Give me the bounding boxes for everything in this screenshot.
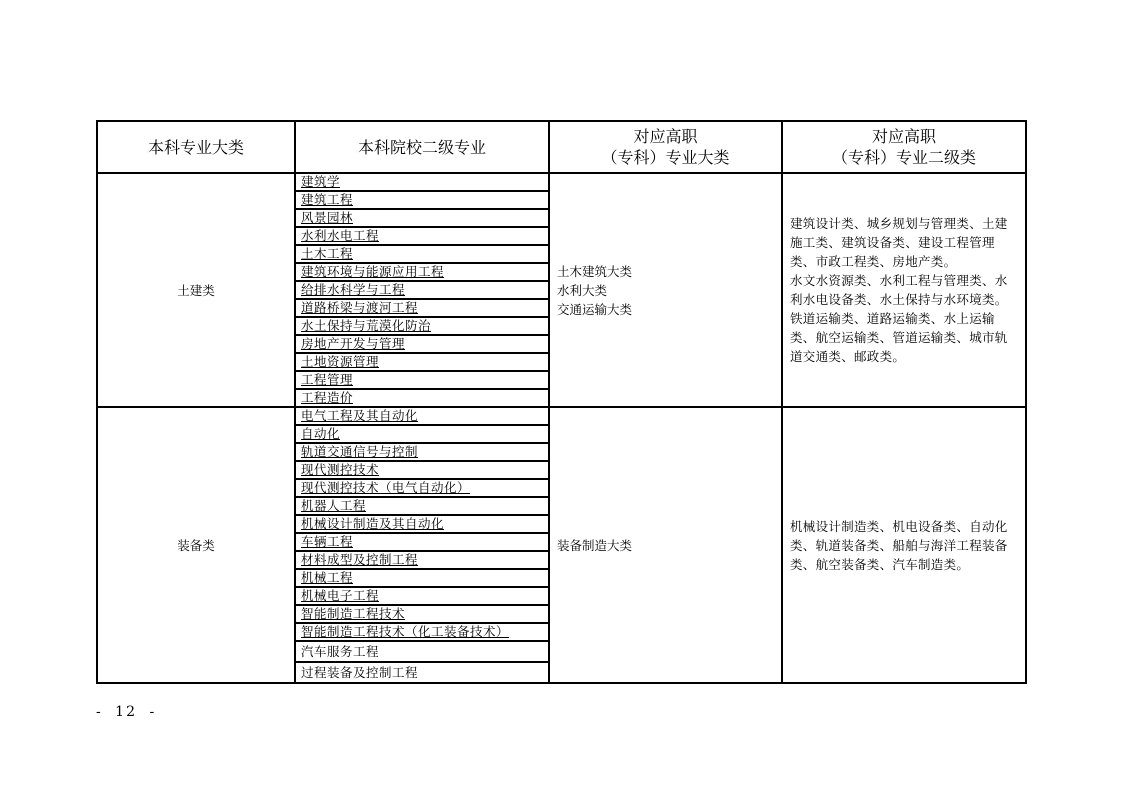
- table-row-civil: 土建类 建筑学 建筑工程 风景园林 水利水电工程 土木工程 建筑环境与能源应用工…: [97, 173, 1026, 407]
- list-item: 汽车服务工程: [296, 642, 548, 663]
- header-vocational-major: 对应高职 （专科）专业大类: [549, 121, 782, 173]
- list-item: 现代测控技术（电气自动化）: [296, 480, 548, 498]
- list-item: 水土保持与荒漠化防治: [296, 318, 548, 336]
- table-row-equipment: 装备类 电气工程及其自动化 自动化 轨道交通信号与控制 现代测控技术 现代测控技…: [97, 407, 1026, 683]
- subject-list-cell: 建筑学 建筑工程 风景园林 水利水电工程 土木工程 建筑环境与能源应用工程 给排…: [295, 173, 549, 407]
- list-item: 电气工程及其自动化: [296, 408, 548, 426]
- subject-list: 电气工程及其自动化 自动化 轨道交通信号与控制 现代测控技术 现代测控技术（电气…: [296, 408, 548, 682]
- subject-list-cell: 电气工程及其自动化 自动化 轨道交通信号与控制 现代测控技术 现代测控技术（电气…: [295, 407, 549, 683]
- category-cell: 土建类: [97, 173, 295, 407]
- list-item: 智能制造工程技术（化工装备技术）: [296, 624, 548, 642]
- list-item: 现代测控技术: [296, 462, 548, 480]
- vocational-major-cell: 土木建筑大类 水利大类 交通运输大类: [549, 173, 782, 407]
- header-undergrad-category: 本科专业大类: [97, 121, 295, 173]
- header-vocational-subcategory: 对应高职 （专科）专业二级类: [782, 121, 1026, 173]
- header-undergrad-subject: 本科院校二级专业: [295, 121, 549, 173]
- list-item: 建筑环境与能源应用工程: [296, 264, 548, 282]
- list-item: 房地产开发与管理: [296, 336, 548, 354]
- list-item: 自动化: [296, 426, 548, 444]
- vocational-major-cell: 装备制造大类: [549, 407, 782, 683]
- list-item: 土木工程: [296, 246, 548, 264]
- list-item: 水利水电工程: [296, 228, 548, 246]
- list-item: 建筑学: [296, 174, 548, 192]
- vocational-subcategory-cell: 建筑设计类、城乡规划与管理类、土建施工类、建筑设备类、建设工程管理类、市政工程类…: [782, 173, 1026, 407]
- list-item: 机械工程: [296, 570, 548, 588]
- page-number: - 12 -: [96, 704, 156, 720]
- list-item: 智能制造工程技术: [296, 606, 548, 624]
- list-item: 车辆工程: [296, 534, 548, 552]
- category-cell: 装备类: [97, 407, 295, 683]
- list-item: 工程造价: [296, 390, 548, 406]
- list-item: 道路桥梁与渡河工程: [296, 300, 548, 318]
- vocational-subcategory-cell: 机械设计制造类、机电设备类、自动化类、轨道装备类、船舶与海洋工程装备类、航空装备…: [782, 407, 1026, 683]
- list-item: 机械电子工程: [296, 588, 548, 606]
- list-item: 轨道交通信号与控制: [296, 444, 548, 462]
- subject-list: 建筑学 建筑工程 风景园林 水利水电工程 土木工程 建筑环境与能源应用工程 给排…: [296, 174, 548, 406]
- list-item: 机械设计制造及其自动化: [296, 516, 548, 534]
- list-item: 建筑工程: [296, 192, 548, 210]
- list-item: 材料成型及控制工程: [296, 552, 548, 570]
- list-item: 工程管理: [296, 372, 548, 390]
- major-mapping-table: 本科专业大类 本科院校二级专业 对应高职 （专科）专业大类 对应高职 （专科）专…: [96, 120, 1027, 684]
- list-item: 风景园林: [296, 210, 548, 228]
- list-item: 过程装备及控制工程: [296, 663, 548, 682]
- list-item: 给排水科学与工程: [296, 282, 548, 300]
- table-header-row: 本科专业大类 本科院校二级专业 对应高职 （专科）专业大类 对应高职 （专科）专…: [97, 121, 1026, 173]
- list-item: 机器人工程: [296, 498, 548, 516]
- list-item: 土地资源管理: [296, 354, 548, 372]
